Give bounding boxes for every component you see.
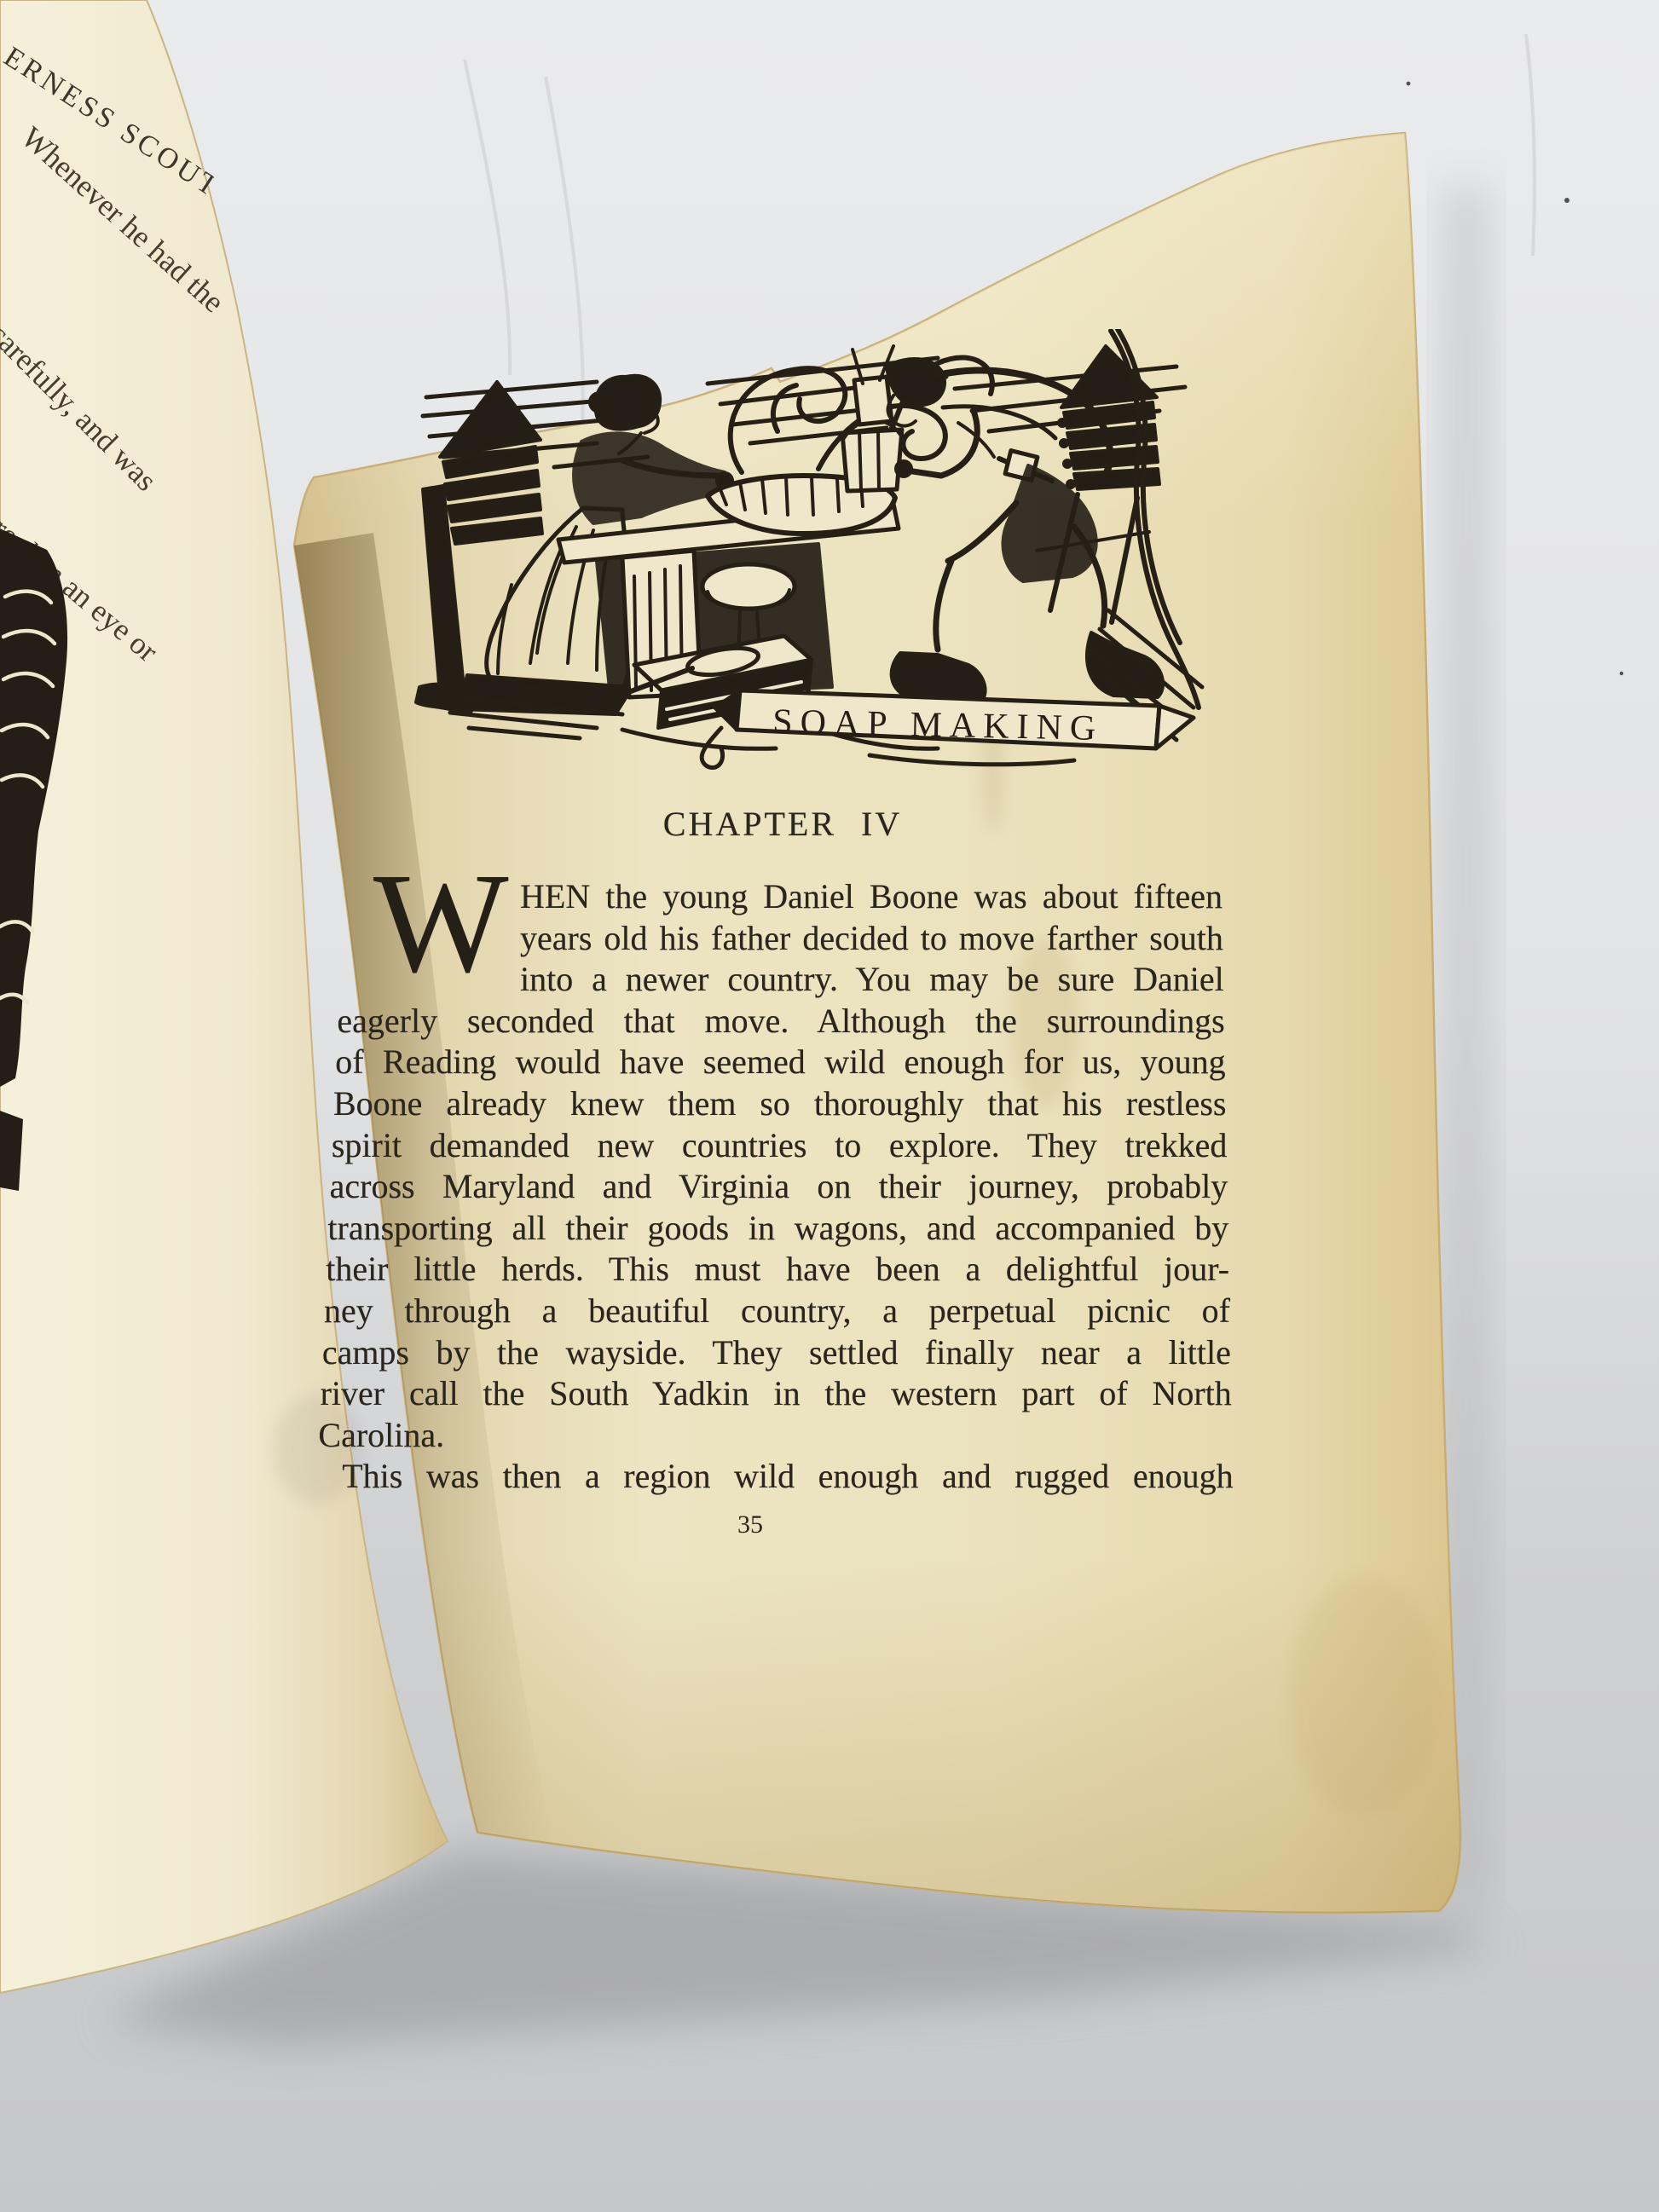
- body-text-line: camps by the wayside. They settled final…: [322, 1332, 1231, 1374]
- body-text: W HEN the young Daniel Boone was about f…: [343, 876, 1223, 1498]
- body-text-line: transporting all their goods in wagons, …: [327, 1208, 1228, 1250]
- left-text-fragment: aded carefully, and was: [0, 269, 165, 498]
- banner-caption: SOAP MAKING: [772, 702, 1104, 748]
- man-hair: [887, 359, 945, 406]
- body-text-line: Boone already knew them so thoroughly th…: [333, 1083, 1227, 1125]
- right-page-content: SOAP MAKING CHAPTER IV W HEN the young D…: [343, 324, 1223, 1858]
- photo-open-book: ERNESS SCOUT Whenever he had the aded ca…: [0, 0, 1659, 2212]
- body-text-line: eagerly seconded that move. Although the…: [337, 1001, 1224, 1042]
- page-number: 35: [310, 1510, 1190, 1539]
- left-page-woodcut-fragment: [0, 524, 111, 1206]
- beehive-skep-left: [416, 382, 542, 714]
- body-text-line: ney through a beautiful country, a perpe…: [324, 1291, 1230, 1332]
- chapter-heading: CHAPTER IV: [343, 804, 1223, 844]
- soap-making-banner: SOAP MAKING: [702, 690, 1194, 768]
- body-text-line: spirit demanded new countries to explore…: [332, 1125, 1228, 1167]
- body-text-line: This was then a region wild enough and r…: [316, 1456, 1233, 1498]
- body-text-line: their little herds. This must have been …: [326, 1249, 1229, 1291]
- soap-making-illustration: SOAP MAKING: [341, 329, 1221, 774]
- body-text-line: river call the South Yadkin in the weste…: [321, 1373, 1232, 1415]
- body-text-line: across Maryland and Virginia on their jo…: [330, 1166, 1228, 1208]
- man-rear-boot: [1087, 632, 1163, 697]
- drop-cap: W: [373, 876, 520, 1000]
- body-text-line: of Reading would have seemed wild enough…: [335, 1042, 1225, 1083]
